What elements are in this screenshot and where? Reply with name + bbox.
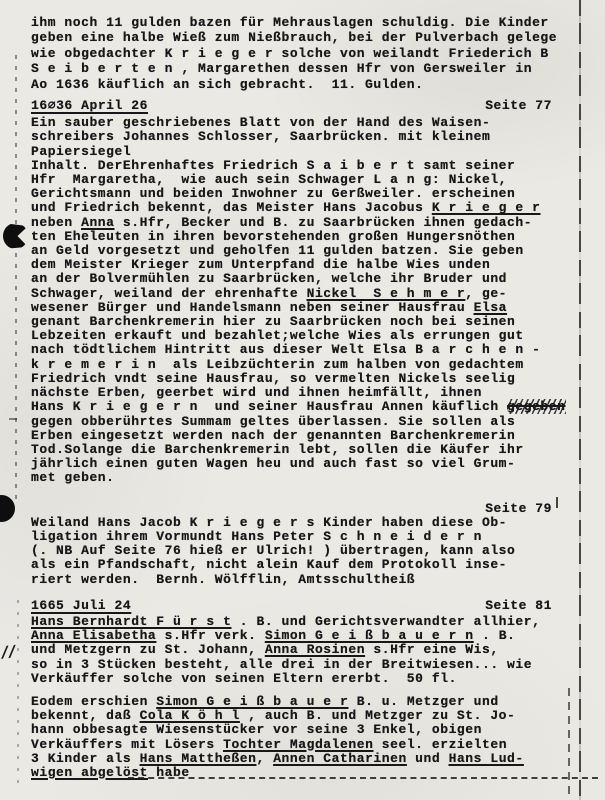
text-run: Eodem erschien [31, 694, 156, 709]
text-run: , auch B. und Metzger zu St. Jo- [240, 708, 516, 723]
text-line: genant Barchenkremerin hier zu Saarbrück… [31, 315, 552, 329]
heading-1665-date: 1665 Juli 24 [31, 599, 131, 613]
text-line: Lebzeiten erkauft und bezahlet;welche Wi… [31, 329, 552, 343]
text-run: gegen obberührtes Summam geltes überlass… [31, 414, 515, 429]
text-line: Verkäuffers mit Lösers Tochter Magdalene… [31, 738, 552, 752]
text-line: ten Eheleuten in ihren bevorstehenden gr… [31, 230, 552, 244]
text-line: Ao 1636 käuflich an sich gebracht. 11. G… [31, 77, 552, 92]
text-line: nächste Erben, geerbet wird und ihnen he… [31, 386, 552, 400]
underlined-name: Hans Lud- [449, 751, 524, 766]
heading-1665-page-number: Seite 81 [485, 599, 552, 613]
text-line: an Geld vorgesetzt und geholfen 11 gulde… [31, 244, 552, 258]
text-run: genant Barchenkremerin hier zu Saarbrück… [31, 314, 515, 329]
bottom-right-margin-line [568, 688, 570, 800]
para-1636-entry: Ein sauber geschriebenes Blatt von der H… [31, 116, 552, 485]
underlined-name: Anna Elisabetha [31, 628, 156, 643]
text-run: s.Hfr eine Wis, [365, 642, 499, 657]
heading-1636-date: 16∅36 April 26 [31, 99, 148, 113]
text-run: ten Eheleuten in ihren bevorstehenden gr… [31, 229, 515, 244]
text-line: met geben. [31, 471, 552, 485]
text-run: riert werden. Bernh. Wölfflin, Amtsschul… [31, 572, 415, 587]
underlined-name: Elsa [474, 300, 507, 315]
text-line: nach tödtlichem Hintritt aus dieser Welt… [31, 343, 552, 357]
text-run: Erben eingesetzt werden nach der genannt… [31, 428, 515, 443]
text-run: Tod.Solange die Barchenkremerin lebt, so… [31, 442, 524, 457]
text-line: Hans K r i e g e r n und seiner Hausfrau… [31, 400, 552, 414]
text-run: Weiland Hans Jacob K r i e g e r s Kinde… [31, 515, 507, 530]
text-run: Hfr Margaretha, wie auch sein Schwager L… [31, 172, 507, 187]
text-run: . B. [474, 628, 516, 643]
text-line: an der Bolvermühlen zu Saarbrücken, welc… [31, 272, 552, 286]
text-line: riert werden. Bernh. Wölfflin, Amtsschul… [31, 573, 552, 587]
underlined-name: Nickel S e h m e r [307, 286, 466, 301]
text-run: bekennt, daß [31, 708, 140, 723]
underlined-name: Cola K ö h l [140, 708, 240, 723]
text-run: Ein sauber geschriebenes Blatt von der H… [31, 115, 490, 130]
text-run: , ge- [465, 286, 507, 301]
text-line: Hfr Margaretha, wie auch sein Schwager L… [31, 173, 552, 187]
text-run: Lebzeiten erkauft und bezahlet;welche Wi… [31, 328, 524, 343]
text-run: Verkäuffers mit Lösers [31, 737, 223, 752]
text-line: Anna Elisabetha s.Hfr verk. Simon G e i … [31, 629, 552, 643]
text-line: Friedrich vndt seine Hausfrau, so vermel… [31, 372, 552, 386]
text-run: wie obgedachter K r i e g e r solche von… [31, 46, 549, 61]
text-line: Hans Bernhardt F ü r s t . B. und Gerich… [31, 615, 552, 629]
text-run: geben eine halbe Wieß zum Nießbrauch, be… [31, 30, 557, 45]
text-line: 3 Kinder als Hans Mattheßen, Annen Catha… [31, 752, 552, 766]
heading-1636: 16∅36 April 26Seite 77 [31, 99, 552, 113]
text-run: und [407, 751, 449, 766]
text-run: Schwager, weiland der ehrenhafte [31, 286, 307, 301]
text-line: Erben eingesetzt werden nach der genannt… [31, 429, 552, 443]
text-run: Verkäuffer solche von seinen Eltern erer… [31, 671, 457, 686]
text-run: nach tödtlichem Hintritt aus dieser Welt… [31, 342, 540, 357]
text-run: und Metzgern zu St. Johann, [31, 642, 265, 657]
text-run: met geben. [31, 470, 115, 485]
trailing-dashed-rule [128, 777, 598, 779]
text-line: S e i b e r t e n , Margarethen dessen H… [31, 61, 552, 76]
text-line: Schwager, weiland der ehrenhafte Nickel … [31, 287, 552, 301]
text-run: k r e m e r i n als Leibzüchterin zum ha… [31, 357, 524, 372]
underlined-name: Hans Bernhardt F ü r s t [31, 614, 231, 629]
underlined-name: Simon G e i ß b a u e r n [265, 628, 474, 643]
text-line: und Metzgern zu St. Johann, Anna Rosinen… [31, 643, 552, 657]
text-line: und Friedrich bekennt, das Meister Hans … [31, 201, 552, 215]
underlined-name: Annen Catharinen [273, 751, 407, 766]
text-line: Papiersiegel [31, 145, 552, 159]
text-run: Friedrich vndt seine Hausfrau, so vermel… [31, 371, 515, 386]
text-line: Ein sauber geschriebenes Blatt von der H… [31, 116, 552, 130]
text-run: neben [31, 215, 81, 230]
text-run: Gerichtsmann und beiden Inwohner zu Gerß… [31, 186, 515, 201]
text-run: Inhalt. DerEhrenhaftes Friedrich S a i b… [31, 158, 515, 173]
para-1665-eodem: Eodem erschien Simon G e i ß b a u e r B… [31, 695, 552, 780]
text-line: (. NB Auf Seite 76 hieß er Ulrich! ) übe… [31, 544, 552, 558]
text-line: ligation ihrem Vormundt Hans Peter S c h… [31, 530, 552, 544]
text-line: dem Meister Krieger zum Unterpfand die h… [31, 258, 552, 272]
text-line: Weiland Hans Jacob K r i e g e r s Kinde… [31, 516, 552, 530]
para-seite-79-note: Weiland Hans Jacob K r i e g e r s Kinde… [31, 516, 552, 587]
text-run: als ein Pfandschaft, nicht alein Kauf de… [31, 557, 507, 572]
text-column: ihm noch 11 gulden bazen für Mehrauslage… [31, 15, 552, 780]
page-right-edge-line [579, 0, 581, 800]
text-line: neben Anna s.Hfr, Becker und B. zu Saarb… [31, 216, 552, 230]
text-run: an der Bolvermühlen zu Saarbrücken, welc… [31, 271, 507, 286]
text-run: und Friedrich bekennt, das Meister Hans … [31, 200, 432, 215]
underlined-name: K r i e g e r [432, 200, 541, 215]
text-line: Tod.Solange die Barchenkremerin lebt, so… [31, 443, 552, 457]
text-run: ligation ihrem Vormundt Hans Peter S c h… [31, 529, 482, 544]
pageref-seite-79: Seite 79 [31, 502, 552, 516]
heading-1636-page-number: Seite 77 [485, 99, 552, 113]
text-line: wie obgedachter K r i e g e r solche von… [31, 46, 552, 61]
left-margin-dotted-line-lower [17, 600, 19, 790]
scanned-document-page: ihm noch 11 gulden bazen für Mehrauslage… [0, 0, 605, 800]
text-run: hann obbesagte Wiesenstücker vor seine 3… [31, 722, 482, 737]
text-line: bekennt, daß Cola K ö h l , auch B. und … [31, 709, 552, 723]
margin-slash-marks: // [0, 644, 15, 664]
text-line: gegen obberührtes Summam geltes überlass… [31, 415, 552, 429]
underlined-name: Anna Rosinen [265, 642, 365, 657]
text-run: Ao 1636 käuflich an sich gebracht. 11. G… [31, 77, 424, 92]
text-run: wesener Bürger und Handelsmann neben sei… [31, 300, 474, 315]
text-run: . B. und Gerichtsverwandter allhier, [231, 614, 540, 629]
margin-tick-mark [556, 497, 558, 508]
text-line: k r e m e r i n als Leibzüchterin zum ha… [31, 358, 552, 372]
underlined-name: Tochter Magdalenen [223, 737, 373, 752]
text-run: dem Meister Krieger zum Unterpfand die h… [31, 257, 490, 272]
margin-dash-mark [9, 418, 17, 420]
text-line: Verkäuffer solche von seinen Eltern erer… [31, 672, 552, 686]
text-run: an Geld vorgesetzt und geholfen 11 gulde… [31, 243, 524, 258]
text-run: (. NB Auf Seite 76 hieß er Ulrich! ) übe… [31, 543, 515, 558]
text-run: 3 Kinder als [31, 751, 140, 766]
text-run: nächste Erben, geerbet wird und ihnen he… [31, 385, 482, 400]
hole-punch-mark-upper [3, 223, 28, 249]
underlined-name: Hans Mattheßen [140, 751, 257, 766]
text-line: so in 3 Stücken besteht, alle drei in de… [31, 658, 552, 672]
text-run: so in 3 Stücken besteht, alle drei in de… [31, 657, 532, 672]
text-line: als ein Pfandschaft, nicht alein Kauf de… [31, 558, 552, 572]
text-line: Eodem erschien Simon G e i ß b a u e r B… [31, 695, 552, 709]
pageref-seite-79-page-number: Seite 79 [485, 501, 552, 516]
text-run: Hans K r i e g e r n und seiner Hausfrau… [31, 399, 507, 414]
text-run: S e i b e r t e n , Margarethen dessen H… [31, 61, 532, 76]
text-run: jährlich einen guten Wagen heu und auch … [31, 456, 515, 471]
text-line: hann obbesagte Wiesenstücker vor seine 3… [31, 723, 552, 737]
left-margin-dotted-line [15, 55, 17, 505]
para-intro: ihm noch 11 gulden bazen für Mehrauslage… [31, 15, 552, 92]
text-line: geben eine halbe Wieß zum Nießbrauch, be… [31, 30, 552, 45]
text-run: s.Hfr, Becker und B. zu Saarbrücken ihne… [115, 215, 533, 230]
hole-punch-mark-lower [0, 495, 15, 522]
text-run: s.Hfr verk. [156, 628, 265, 643]
para-1665-entry: Hans Bernhardt F ü r s t . B. und Gerich… [31, 615, 552, 686]
text-line: Gerichtsmann und beiden Inwohner zu Gerß… [31, 187, 552, 201]
underlined-name: Simon G e i ß b a u e r [156, 694, 348, 709]
text-run: Papiersiegel [31, 144, 131, 159]
underlined-name: Anna [81, 215, 114, 230]
text-run: ihm noch 11 gulden bazen für Mehrauslage… [31, 15, 549, 30]
text-line: jährlich einen guten Wagen heu und auch … [31, 457, 552, 471]
text-line: Inhalt. DerEhrenhaftes Friedrich S a i b… [31, 159, 552, 173]
struck-word: gegeben [507, 399, 565, 414]
text-line: wesener Bürger und Handelsmann neben sei… [31, 301, 552, 315]
text-run: , [257, 751, 274, 766]
text-line: ihm noch 11 gulden bazen für Mehrauslage… [31, 15, 552, 30]
text-line: schreibers Johannes Schlosser, Saarbrück… [31, 130, 552, 144]
heading-1665: 1665 Juli 24Seite 81 [31, 599, 552, 613]
text-run: seel. erzielten [373, 737, 507, 752]
text-run: schreibers Johannes Schlosser, Saarbrück… [31, 129, 490, 144]
text-run: B. u. Metzger und [348, 694, 498, 709]
